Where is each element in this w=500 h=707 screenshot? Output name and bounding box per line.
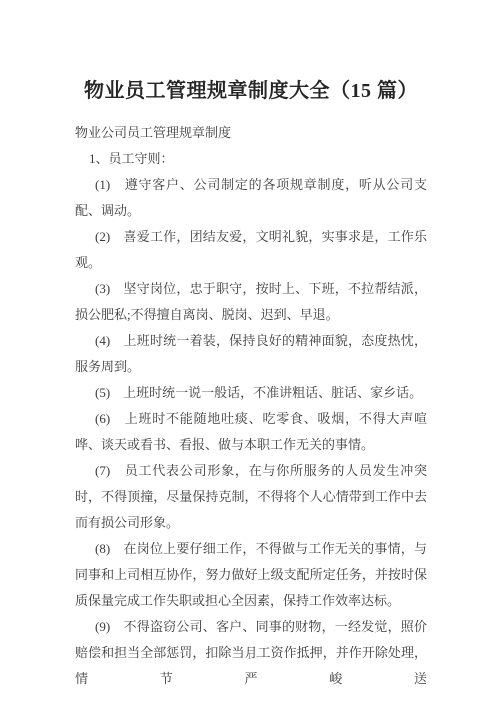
page-number: - 1 - bbox=[0, 648, 500, 664]
document-content: 物业员工管理规章制度大全（15 篇） 物业公司员工管理规章制度 1、员工守则： … bbox=[75, 76, 427, 692]
rule-paragraph: (2) 喜爱工作，团结友爱，文明礼貌，实事求是，工作乐观。 bbox=[75, 224, 427, 276]
document-subtitle: 物业公司员工管理规章制度 bbox=[75, 120, 427, 146]
rule-paragraph: (3) 坚守岗位，忠于职守，按时上、下班，不拉帮结派，损公肥私;不得擅自离岗、脱… bbox=[75, 276, 427, 328]
document-page: 物业员工管理规章制度大全（15 篇） 物业公司员工管理规章制度 1、员工守则： … bbox=[0, 0, 500, 707]
rule-paragraph: (6) 上班时不能随地吐痰、吃零食、吸烟，不得大声喧哗、谈天或看书、看报、做与本… bbox=[75, 406, 427, 458]
rule-paragraph: (4) 上班时统一着装，保持良好的精神面貌，态度热忱，服务周到。 bbox=[75, 328, 427, 380]
document-title: 物业员工管理规章制度大全（15 篇） bbox=[75, 76, 427, 106]
rule-paragraph: (1) 遵守客户、公司制定的各项规章制度，听从公司支配、调动。 bbox=[75, 172, 427, 224]
section-heading: 1、员工守则： bbox=[75, 146, 427, 172]
rule-paragraph: (5) 上班时统一说一般话，不准讲粗话、脏话、家乡话。 bbox=[75, 380, 427, 406]
rule-paragraph: (8) 在岗位上要仔细工作，不得做与工作无关的事情，与同事和上司相互协作，努力做… bbox=[75, 536, 427, 614]
rule-paragraph: (7) 员工代表公司形象，在与你所服务的人员发生冲突时，不得顶撞，尽量保持克制，… bbox=[75, 458, 427, 536]
